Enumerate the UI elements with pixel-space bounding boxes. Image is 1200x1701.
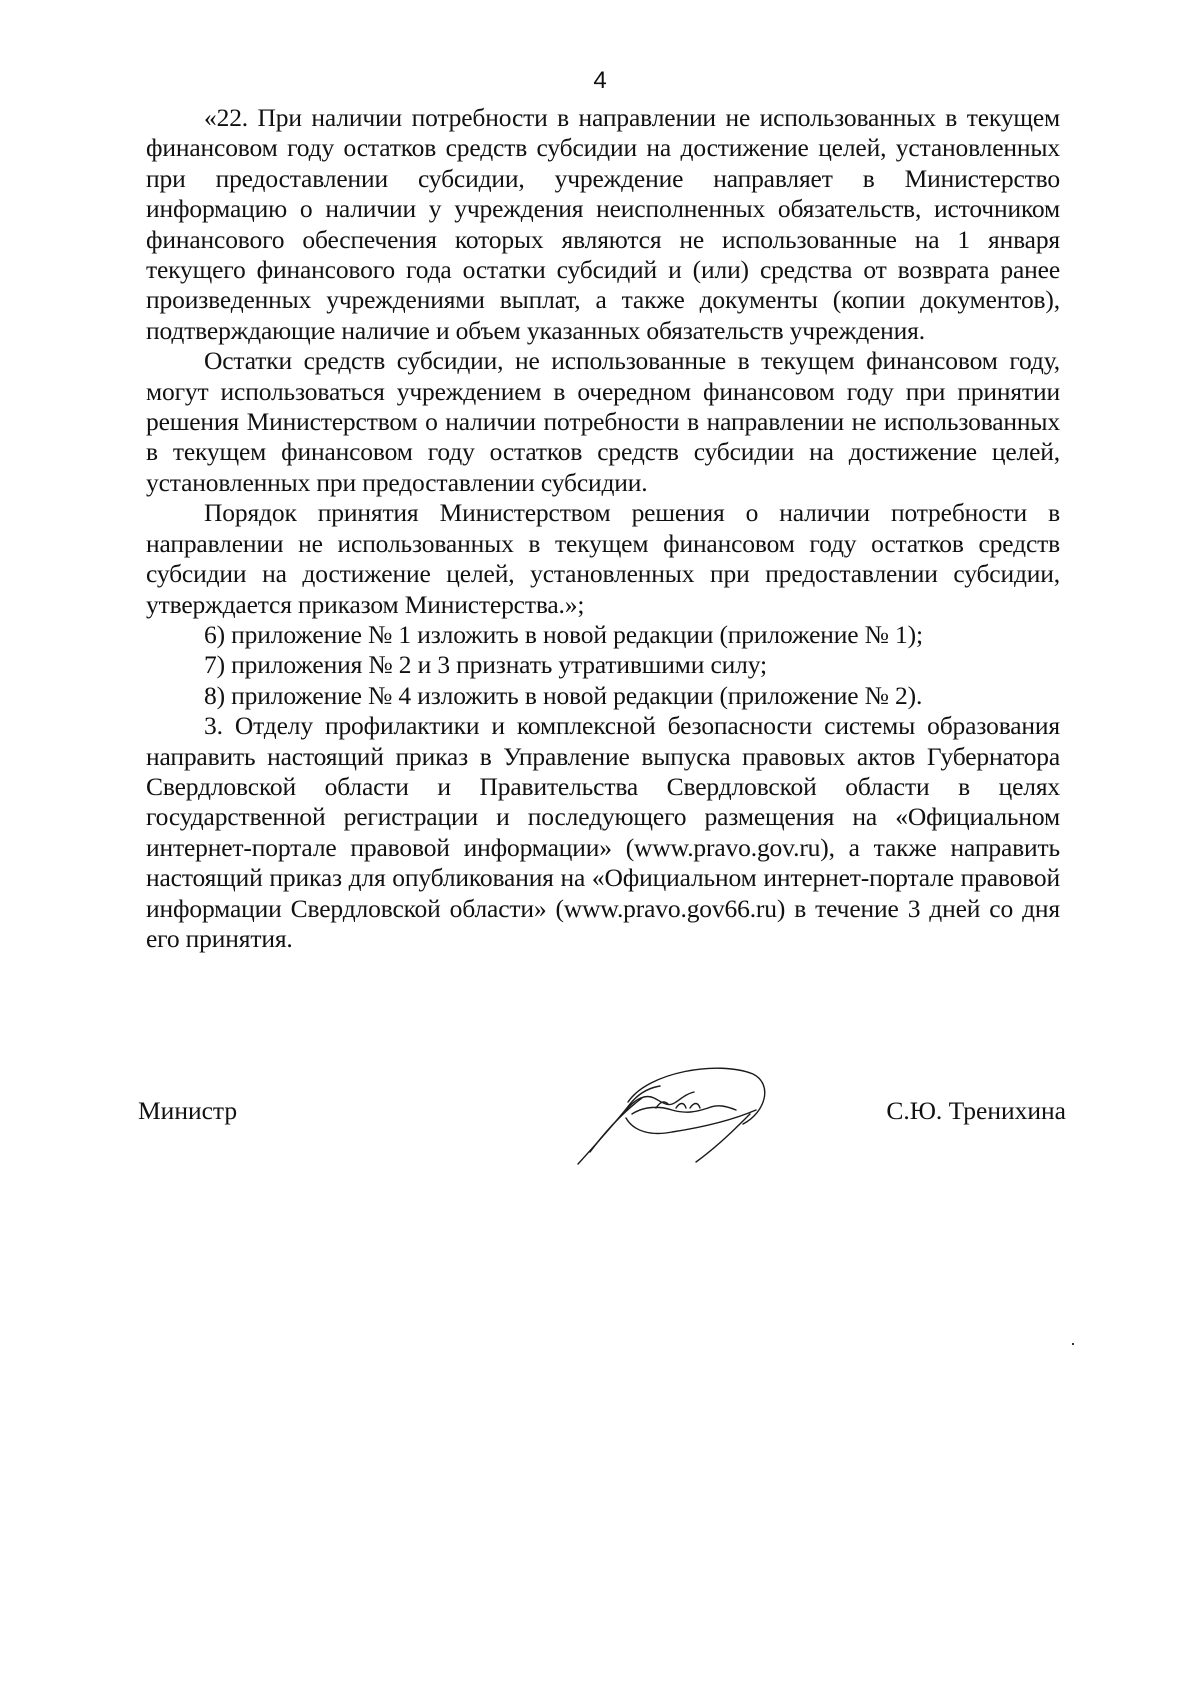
list-item-8: 8) приложение № 4 изложить в новой редак… xyxy=(146,681,1060,711)
paragraph-unused-balances: Остатки средств субсидии, не использован… xyxy=(146,346,1060,498)
list-item-6: 6) приложение № 1 изложить в новой редак… xyxy=(146,620,1060,650)
paragraph-clause-3: 3. Отделу профилактики и комплексной без… xyxy=(146,711,1060,954)
handwritten-signature-icon xyxy=(568,1062,778,1172)
page-number: 4 xyxy=(0,66,1200,96)
signature-block: Министр С.Ю. Тренихина xyxy=(138,1096,1060,1206)
scan-artifact-dot xyxy=(1072,1343,1074,1345)
signer-name: С.Ю. Тренихина xyxy=(886,1096,1066,1126)
paragraph-decision-procedure: Порядок принятия Министерством решения о… xyxy=(146,498,1060,620)
list-item-7: 7) приложения № 2 и 3 признать утративши… xyxy=(146,650,1060,680)
paragraph-clause-22: «22. При наличии потребности в направлен… xyxy=(146,103,1060,346)
signer-position: Министр xyxy=(138,1096,237,1126)
document-body: «22. При наличии потребности в направлен… xyxy=(146,103,1060,954)
